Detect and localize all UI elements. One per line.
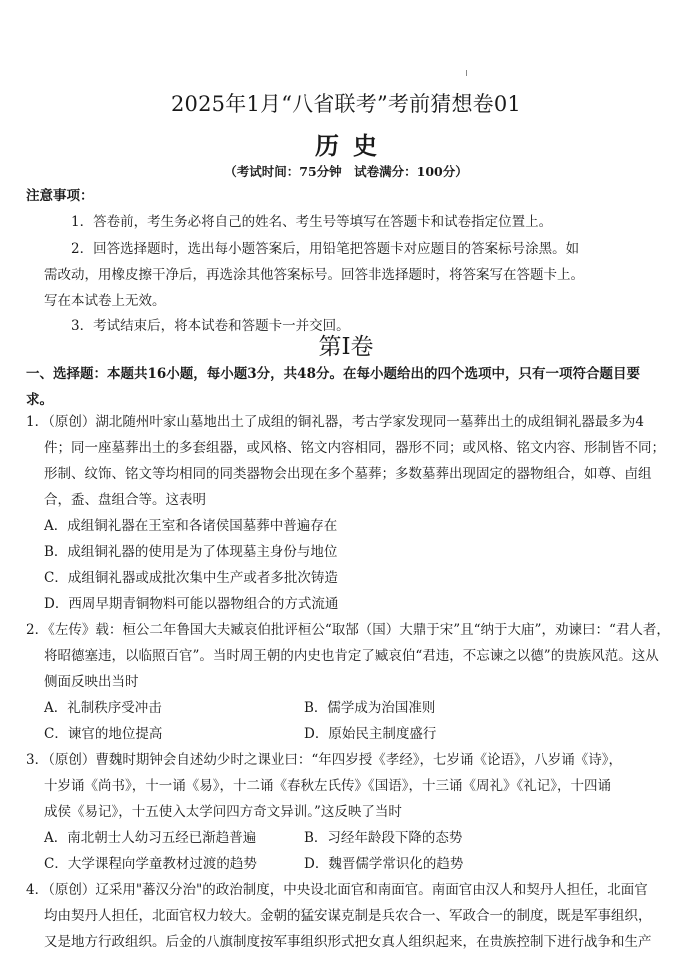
section-title: 第Ⅰ卷	[0, 328, 692, 361]
question-3-option-b: B．习经年龄段下降的态势	[304, 826, 462, 846]
notice-line: 写在本试卷上无效。	[44, 289, 166, 309]
question-1-stem: 合，盉、盘组合等。这表明	[44, 488, 206, 508]
question-1-stem: 1．（原创）湖北随州叶家山墓地出土了成组的铜礼器，考古学家发现同一墓葬出土的成组…	[26, 410, 644, 430]
question-1-option-d: D．西周早期青铜物料可能以器物组合的方式流通	[44, 592, 338, 612]
question-2-stem: 2．《左传》载：桓公二年鲁国大夫臧哀伯批评桓公“取郜（国）大鼎于宋”且“纳于大庙…	[26, 618, 670, 638]
notice-line: 需改动，用橡皮擦干净后，再选涂其他答案标号。回答非选择题时，将答案写在答题卡上。	[44, 263, 584, 283]
question-3-option-a: A．南北朝士人幼习五经已渐趋普遍	[44, 826, 256, 846]
question-1-option-a: A．成组铜礼器在王室和各诸侯国墓葬中普遍存在	[44, 514, 337, 534]
page-mark	[466, 70, 467, 76]
question-2-stem: 侧面反映出当时	[44, 670, 139, 690]
question-1-stem: 形制、纹饰、铭文等均相同的同类器物会出现在多个墓葬；多数墓葬出现固定的器物组合，…	[44, 462, 652, 482]
question-3-option-d: D．魏晋儒学常识化的趋势	[304, 852, 463, 872]
question-1-option-c: C．成组铜礼器或成批次集中生产或者多批次铸造	[44, 566, 338, 586]
notice-heading: 注意事项：	[26, 184, 94, 204]
notice-line: 2．回答选择题时，选出每小题答案后，用铅笔把答题卡对应题目的答案标号涂黑。如	[71, 237, 579, 257]
question-4-stem: 均由契丹人担任，北面官权力较大。金朝的猛安谋克制是兵农合一、军政合一的制度，既是…	[44, 904, 652, 924]
question-3-stem: 成侯《易记》，十五使入太学问四方奇文异训。”这反映了当时	[44, 800, 402, 820]
question-2-option-a: A．礼制秩序受冲击	[44, 696, 162, 716]
question-3-stem: 十岁诵《尚书》，十一诵《易》，十二诵《春秋左氏传》《国语》，十三诵《周礼》《礼记…	[44, 774, 611, 794]
question-4-stem: 4．（原创）辽采用"蕃汉分治"的政治制度，中央设北面官和南面官。南面官由汉人和契…	[26, 878, 648, 898]
section-instruction: 求。	[26, 388, 53, 408]
question-1-option-b: B．成组铜礼器的使用是为了体现墓主身份与地位	[44, 540, 337, 560]
question-3-stem: 3．（原创）曹魏时期钟会自述幼少时之课业曰：“年四岁授《孝经》，七岁诵《论语》，…	[26, 748, 622, 768]
question-3-option-c: C．大学课程向学童教材过渡的趋势	[44, 852, 257, 872]
exam-info: （考试时间：75分钟 试卷满分：100分）	[0, 162, 692, 180]
question-2-option-c: C．谏官的地位提高	[44, 722, 162, 742]
subject-title: 历史	[0, 126, 692, 161]
question-4-stem: 又是地方行政组织。后金的八旗制度按军事组织形式把女真人组织起来，在贵族控制下进行…	[44, 930, 652, 950]
paper-title: 2025年1月“八省联考”考前猜想卷01	[0, 88, 692, 118]
question-2-option-b: B．儒学成为治国准则	[304, 696, 435, 716]
question-2-stem: 将昭德塞违，以临照百官”。当时周王朝的内史也肯定了臧哀伯“君违，不忘谏之以德”的…	[44, 644, 659, 664]
notice-line: 1．答卷前，考生务必将自己的姓名、考生号等填写在答题卡和试卷指定位置上。	[71, 210, 552, 230]
question-2-option-d: D．原始民主制度盛行	[304, 722, 436, 742]
question-1-stem: 件；同一座墓葬出土的多套组器，或风格、铭文内容相同，器形不同；或风格、铭文内容、…	[44, 436, 665, 456]
section-instruction: 一、选择题：本题共16小题，每小题3分，共48分。在每小题给出的四个选项中，只有…	[26, 362, 640, 382]
